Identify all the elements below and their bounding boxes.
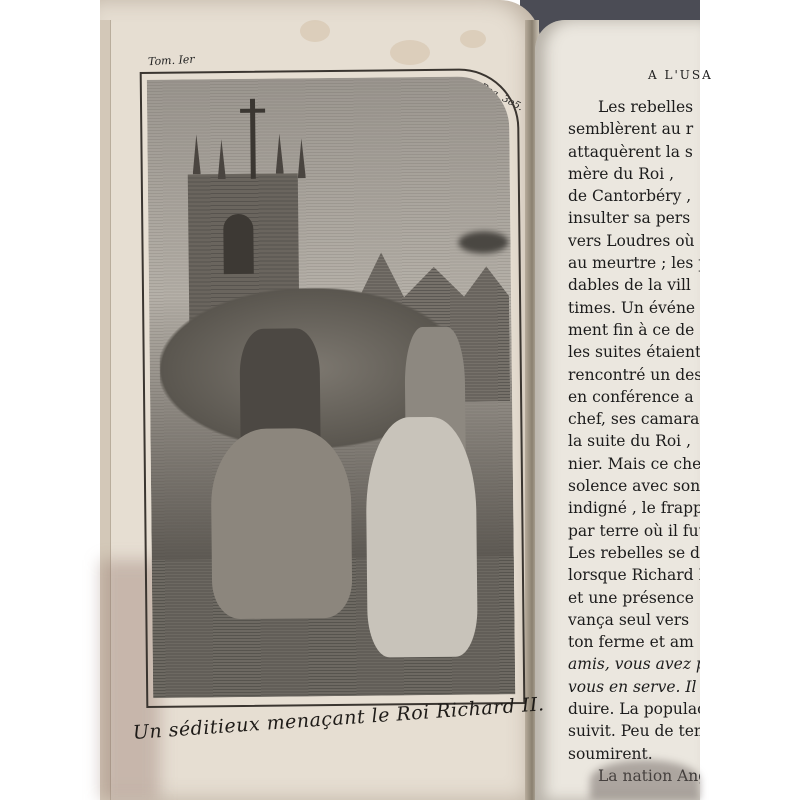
spire — [217, 139, 225, 179]
running-head: A L'USA — [648, 68, 713, 82]
text-line: lorsque Richard I — [568, 564, 700, 586]
text-line: les suites étaient — [568, 341, 700, 363]
text-line: attaquèrent la s — [568, 141, 700, 163]
text-line: insulter sa pers — [568, 207, 700, 229]
text-line: chef, ses camara — [568, 408, 700, 430]
text-line: suivit. Peu de tem — [568, 720, 700, 742]
text-line: Les rebelles se d — [568, 542, 700, 564]
chimney-smoke — [458, 231, 508, 254]
foxing-stain — [390, 40, 430, 65]
gothic-window — [223, 214, 254, 274]
text-line: vous en serve. Il s — [568, 676, 700, 698]
text-line: Les rebelles — [568, 96, 700, 118]
horse — [210, 428, 352, 619]
text-line: amis, vous avez pe — [568, 653, 700, 675]
foxing-stain — [300, 20, 330, 42]
text-line: mère du Roi , — [568, 163, 700, 185]
volume-mark: Tom. Ier — [148, 53, 195, 68]
white-horse — [365, 416, 478, 657]
text-line: de Cantorbéry , — [568, 185, 700, 207]
foxing-stain — [460, 30, 486, 48]
cross-bar — [240, 109, 265, 113]
text-line: dables de la vill — [568, 274, 700, 296]
text-line: semblèrent au r — [568, 118, 700, 140]
spire — [192, 134, 200, 174]
body-text: Les rebellessemblèrent au rattaquèrent l… — [568, 96, 700, 787]
text-line: en conférence a — [568, 386, 700, 408]
text-line: solence avec son — [568, 475, 700, 497]
spire — [275, 133, 283, 173]
text-line: rencontré un des — [568, 364, 700, 386]
text-line: la suite du Roi , — [568, 430, 700, 452]
shadow — [590, 760, 700, 800]
text-line: indigné , le frapp — [568, 497, 700, 519]
text-line: vers Loudres où — [568, 230, 700, 252]
text-line: ment fin à ce de — [568, 319, 700, 341]
text-line: nier. Mais ce che — [568, 453, 700, 475]
spire — [297, 138, 305, 178]
text-line: ton ferme et am — [568, 631, 700, 653]
text-line: times. Un événe — [568, 297, 700, 319]
text-line: par terre où il fut — [568, 520, 700, 542]
text-line: au meurtre ; les p — [568, 252, 700, 274]
text-line: duire. La populac — [568, 698, 700, 720]
engraving — [147, 76, 515, 698]
text-line: et une présence — [568, 587, 700, 609]
text-line: vança seul vers — [568, 609, 700, 631]
